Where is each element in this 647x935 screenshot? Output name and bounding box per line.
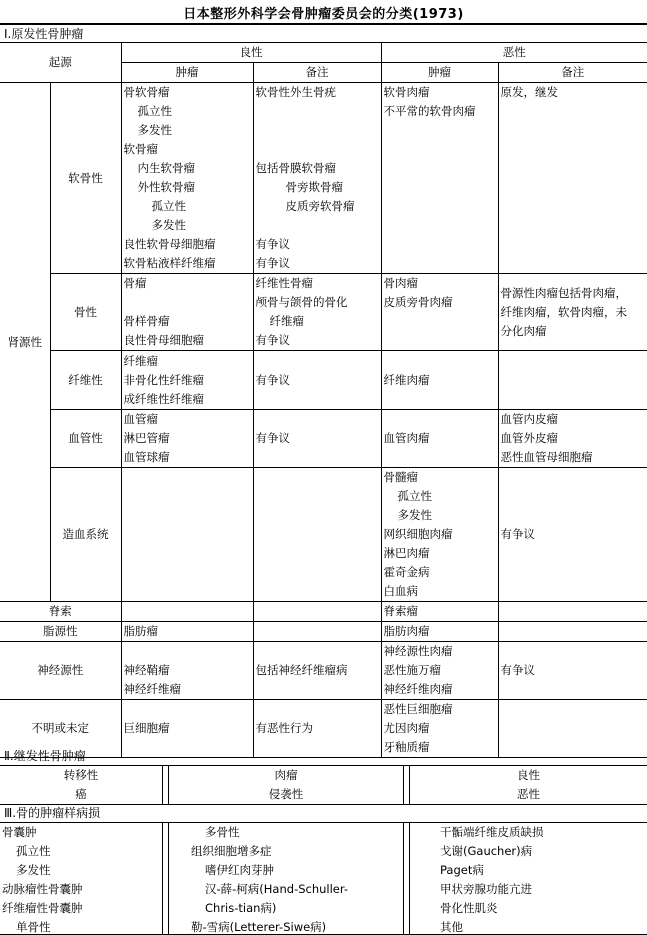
benign-remark-cell: 有争议: [253, 351, 381, 410]
cell-line: 血管内皮瘤: [501, 410, 646, 429]
document-title: 日本整形外科学会骨肿瘤委员会的分类(1973): [0, 3, 647, 22]
cell: 良性: [410, 766, 647, 785]
benign-tumor-cell: 巨细胞瘤: [121, 700, 253, 758]
cell-line: 良性骨母细胞瘤: [124, 331, 251, 350]
benign-tumor-cell: 血管瘤淋巴管瘤血管球瘤: [121, 410, 253, 468]
cell: 肉瘤: [169, 766, 403, 785]
header-benign-tumor: 肿瘤: [121, 63, 253, 83]
list-item: 甲状旁腺功能亢进: [440, 880, 645, 899]
benign-tumor-cell: 神经鞘瘤神经纤维瘤: [121, 642, 253, 700]
cell-line: 白血病: [384, 582, 496, 601]
title-rule: [0, 23, 647, 25]
cell-line: 血管肉瘤: [384, 429, 496, 448]
list-item: 勒-雪病(Letterer-Siwe病): [191, 918, 401, 935]
benign-remark-cell: [253, 468, 381, 602]
benign-tumor-cell: 脂肪瘤: [121, 622, 253, 642]
header-benign-remark: 备注: [253, 63, 381, 83]
malignant-remark-cell: [498, 351, 647, 410]
cell-line: 有争议: [256, 254, 379, 273]
table-row: 不明或未定巨细胞瘤有恶性行为恶性巨细胞瘤尤因肉瘤牙釉质瘤: [0, 700, 647, 758]
group-label: 肾源性: [0, 83, 50, 602]
header-malignant-remark: 备注: [498, 63, 647, 83]
cell-line: 软骨性外生骨疣: [256, 83, 379, 102]
table-row: 血管性血管瘤淋巴管瘤血管球瘤有争议血管肉瘤血管内皮瘤血管外皮瘤恶性血管母细胞瘤: [0, 410, 647, 468]
cell-line: 骨软骨瘤: [124, 83, 251, 102]
benign-remark-cell: [253, 622, 381, 642]
cell-line: 血管瘤: [124, 410, 251, 429]
double-divider: [162, 766, 169, 804]
malignant-remark-cell: [498, 602, 647, 622]
list-item: Paget病: [440, 861, 645, 880]
cell-line: 有争议: [256, 429, 379, 448]
malignant-tumor-cell: 脊索瘤: [381, 602, 498, 622]
cell-line: 多发性: [384, 506, 496, 525]
benign-remark-cell: 有争议: [253, 410, 381, 468]
cell-line: 有争议: [501, 661, 646, 680]
header-malignant: 恶性: [381, 43, 647, 63]
cell-line: 内生软骨瘤: [124, 159, 251, 178]
cell-line: 皮质旁骨肉瘤: [384, 293, 496, 312]
benign-remark-cell: 包括神经纤维瘤病: [253, 642, 381, 700]
cell-line: 原发，继发: [501, 83, 646, 102]
malignant-tumor-cell: 骨髓瘤孤立性多发性网织细胞肉瘤淋巴肉瘤霍奇金病白血病: [381, 468, 498, 602]
malignant-tumor-cell: 脂肪肉瘤: [381, 622, 498, 642]
cell-line: 骨样骨瘤: [124, 312, 251, 331]
origin-cell: 骨性: [50, 274, 121, 351]
cell-line: 孤立性: [124, 197, 251, 216]
table-row: 纤维性纤维瘤非骨化性纤维瘤成纤维性纤维瘤有争议纤维肉瘤: [0, 351, 647, 410]
cell-line: 脂肪肉瘤: [384, 622, 496, 641]
cell-line: 恶性血管母细胞瘤: [501, 448, 646, 467]
cell-line: 软骨粘液样纤维瘤: [124, 254, 251, 273]
cell-line: 霍奇金病: [384, 563, 496, 582]
table-row: 脊索脊索瘤: [0, 602, 647, 622]
malignant-remark-cell: 原发，继发: [498, 83, 647, 274]
cell-line: 淋巴管瘤: [124, 429, 251, 448]
header-benign: 良性: [121, 43, 381, 63]
header-origin: 起源: [0, 43, 121, 83]
benign-remark-cell: 有恶性行为: [253, 700, 381, 758]
malignant-tumor-cell: 纤维肉瘤: [381, 351, 498, 410]
secondary-col-1: 转移性 癌: [0, 766, 162, 804]
cell-line: 淋巴肉瘤: [384, 544, 496, 563]
lesion-col-3: 干骺端纤维皮质缺损戈谢(Gaucher)病Paget病甲状旁腺功能亢进骨化性肌炎…: [440, 823, 645, 934]
malignant-tumor-cell: 血管肉瘤: [381, 410, 498, 468]
cell: 恶性: [410, 785, 647, 804]
cell: 癌: [0, 785, 162, 804]
cell-line: 神经纤维肉瘤: [384, 680, 496, 699]
origin-cell: 脊索: [0, 602, 121, 622]
double-divider: [162, 823, 169, 934]
cell-line: 神经纤维瘤: [124, 680, 251, 699]
table-row: 脂源性脂肪瘤脂肪肉瘤: [0, 622, 647, 642]
cell-line: 血管球瘤: [124, 448, 251, 467]
double-divider: [403, 823, 410, 934]
malignant-remark-cell: 血管内皮瘤血管外皮瘤恶性血管母细胞瘤: [498, 410, 647, 468]
malignant-tumor-cell: 骨肉瘤皮质旁骨肉瘤: [381, 274, 498, 351]
cell-line: 孤立性: [124, 102, 251, 121]
malignant-tumor-cell: 神经源性肉瘤恶性施万瘤神经纤维肉瘤: [381, 642, 498, 700]
cell-line: [256, 140, 379, 159]
table-row: 神经源性神经鞘瘤神经纤维瘤包括神经纤维瘤病神经源性肉瘤恶性施万瘤神经纤维肉瘤有争…: [0, 642, 647, 700]
origin-cell: 软骨性: [50, 83, 121, 274]
list-item: 纤维瘤性骨囊肿: [2, 899, 160, 918]
malignant-remark-cell: [498, 700, 647, 758]
lesion-col-1: 骨囊肿孤立性多发性动脉瘤性骨囊肿纤维瘤性骨囊肿单骨性: [2, 823, 160, 934]
list-item: 嗜伊红肉芽肿: [191, 861, 401, 880]
cell-line: [256, 102, 379, 121]
cell-line: 包括骨膜软骨瘤: [256, 159, 379, 178]
list-item: 汉-薛-柯病(Hand-Schuller-: [191, 880, 401, 899]
cell-line: 牙釉质瘤: [384, 738, 496, 757]
list-item: 动脉瘤性骨囊肿: [2, 880, 160, 899]
table-row: 骨性骨瘤骨样骨瘤良性骨母细胞瘤纤维性骨瘤颅骨与颌骨的骨化纤维瘤有争议骨肉瘤皮质旁…: [0, 274, 647, 351]
cell: 转移性: [0, 766, 162, 785]
header-malignant-tumor: 肿瘤: [381, 63, 498, 83]
cell-line: 恶性巨细胞瘤: [384, 700, 496, 719]
section-1-heading: Ⅰ.原发性骨肿瘤: [4, 25, 83, 42]
list-item: 戈谢(Gaucher)病: [440, 842, 645, 861]
secondary-col-3: 良性 恶性: [410, 766, 647, 804]
list-item: 孤立性: [2, 842, 160, 861]
benign-remark-cell: 软骨性外生骨疣包括骨膜软骨瘤骨旁欺骨瘤皮质旁软骨瘤有争议有争议: [253, 83, 381, 274]
cell-line: 骨旁欺骨瘤: [256, 178, 379, 197]
cell: 侵袭性: [169, 785, 403, 804]
origin-cell: 神经源性: [0, 642, 121, 700]
cell-line: 包括神经纤维瘤病: [256, 661, 379, 680]
list-item: 骨化性肌炎: [440, 899, 645, 918]
cell-line: 神经源性肉瘤: [384, 642, 496, 661]
cell-line: 颅骨与颌骨的骨化: [256, 293, 379, 312]
origin-cell: 造血系统: [50, 468, 121, 602]
primary-tumor-table: 起源 良性 恶性 肿瘤 备注 肿瘤 备注 肾源性软骨性骨软骨瘤孤立性多发性软骨瘤…: [0, 42, 647, 758]
malignant-tumor-cell: 恶性巨细胞瘤尤因肉瘤牙釉质瘤: [381, 700, 498, 758]
cell-line: 有恶性行为: [256, 719, 379, 738]
cell-line: 分化肉瘤: [501, 322, 646, 341]
cell-line: 有争议: [256, 331, 379, 350]
cell-line: [256, 121, 379, 140]
cell-line: 有争议: [256, 235, 379, 254]
cell-line: 孤立性: [384, 487, 496, 506]
malignant-remark-cell: 有争议: [498, 468, 647, 602]
cell-line: 软骨肉瘤: [384, 83, 496, 102]
cell-line: 多发性: [124, 216, 251, 235]
cell-line: 多发性: [124, 121, 251, 140]
malignant-remark-cell: 骨源性肉瘤包括骨肉瘤，纤维肉瘤，软骨肉瘤，未分化肉瘤: [498, 274, 647, 351]
cell-line: 良性软骨母细胞瘤: [124, 235, 251, 254]
origin-cell: 血管性: [50, 410, 121, 468]
cell-line: 骨肉瘤: [384, 274, 496, 293]
cell-line: 外性软骨瘤: [124, 178, 251, 197]
benign-tumor-cell: [121, 602, 253, 622]
cell-line: 有争议: [501, 525, 646, 544]
cell-line: 有争议: [256, 371, 379, 390]
malignant-remark-cell: [498, 622, 647, 642]
lesion-col-2: 多骨性组织细胞增多症嗜伊红肉芽肿汉-薛-柯病(Hand-Schuller-Chr…: [191, 823, 401, 934]
benign-remark-cell: [253, 602, 381, 622]
cell-line: 神经鞘瘤: [124, 661, 251, 680]
cell-line: 纤维肉瘤，软骨肉瘤，未: [501, 303, 646, 322]
benign-tumor-cell: 骨瘤骨样骨瘤良性骨母细胞瘤: [121, 274, 253, 351]
cell-line: 脂肪瘤: [124, 622, 251, 641]
list-item: 单骨性: [2, 918, 160, 935]
list-item: 骨囊肿: [2, 823, 160, 842]
cell-line: 不平常的软骨肉瘤: [384, 102, 496, 121]
list-item: 组织细胞增多症: [191, 842, 401, 861]
table-row: 造血系统骨髓瘤孤立性多发性网织细胞肉瘤淋巴肉瘤霍奇金病白血病有争议: [0, 468, 647, 602]
list-item: 多骨性: [191, 823, 401, 842]
tumor-like-lesion-table: 骨囊肿孤立性多发性动脉瘤性骨囊肿纤维瘤性骨囊肿单骨性 多骨性组织细胞增多症嗜伊红…: [0, 822, 647, 935]
section-2-heading: Ⅱ.继发性骨肿瘤: [4, 747, 86, 764]
cell-line: 非骨化性纤维瘤: [124, 371, 251, 390]
cell-line: 纤维肉瘤: [384, 371, 496, 390]
cell-line: 成纤维性纤维瘤: [124, 390, 251, 409]
cell-line: 皮质旁软骨瘤: [256, 197, 379, 216]
benign-tumor-cell: 纤维瘤非骨化性纤维瘤成纤维性纤维瘤: [121, 351, 253, 410]
list-item: 多发性: [2, 861, 160, 880]
cell-line: [124, 642, 251, 661]
malignant-tumor-cell: 软骨肉瘤不平常的软骨肉瘤: [381, 83, 498, 274]
cell-line: 脊索瘤: [384, 602, 496, 621]
cell-line: 骨源性肉瘤包括骨肉瘤，: [501, 284, 646, 303]
cell-line: 纤维瘤: [256, 312, 379, 331]
malignant-remark-cell: 有争议: [498, 642, 647, 700]
secondary-col-2: 肉瘤 侵袭性: [169, 766, 403, 804]
benign-remark-cell: 纤维性骨瘤颅骨与颌骨的骨化纤维瘤有争议: [253, 274, 381, 351]
list-item: 干骺端纤维皮质缺损: [440, 823, 645, 842]
list-item: Chris-tian病): [191, 899, 401, 918]
table-row: 肾源性软骨性骨软骨瘤孤立性多发性软骨瘤内生软骨瘤外性软骨瘤孤立性多发性良性软骨母…: [0, 83, 647, 274]
benign-tumor-cell: [121, 468, 253, 602]
section-3-heading: Ⅲ.骨的肿瘤样病损: [4, 804, 100, 821]
cell-line: 血管外皮瘤: [501, 429, 646, 448]
cell-line: [256, 216, 379, 235]
cell-line: 纤维性骨瘤: [256, 274, 379, 293]
origin-cell: 脂源性: [0, 622, 121, 642]
origin-cell: 纤维性: [50, 351, 121, 410]
cell-line: 尤因肉瘤: [384, 719, 496, 738]
list-item: 其他: [440, 918, 645, 935]
cell-line: 纤维瘤: [124, 352, 251, 371]
benign-tumor-cell: 骨软骨瘤孤立性多发性软骨瘤内生软骨瘤外性软骨瘤孤立性多发性良性软骨母细胞瘤软骨粘…: [121, 83, 253, 274]
cell-line: 网织细胞肉瘤: [384, 525, 496, 544]
cell-line: 骨髓瘤: [384, 468, 496, 487]
cell-line: 软骨瘤: [124, 140, 251, 159]
double-divider: [403, 766, 410, 804]
cell-line: 恶性施万瘤: [384, 661, 496, 680]
cell-line: 巨细胞瘤: [124, 719, 251, 738]
cell-line: [124, 293, 251, 312]
cell-line: 骨瘤: [124, 274, 251, 293]
secondary-tumor-table: 转移性 癌 肉瘤 侵袭性 良性 恶性: [0, 765, 647, 805]
